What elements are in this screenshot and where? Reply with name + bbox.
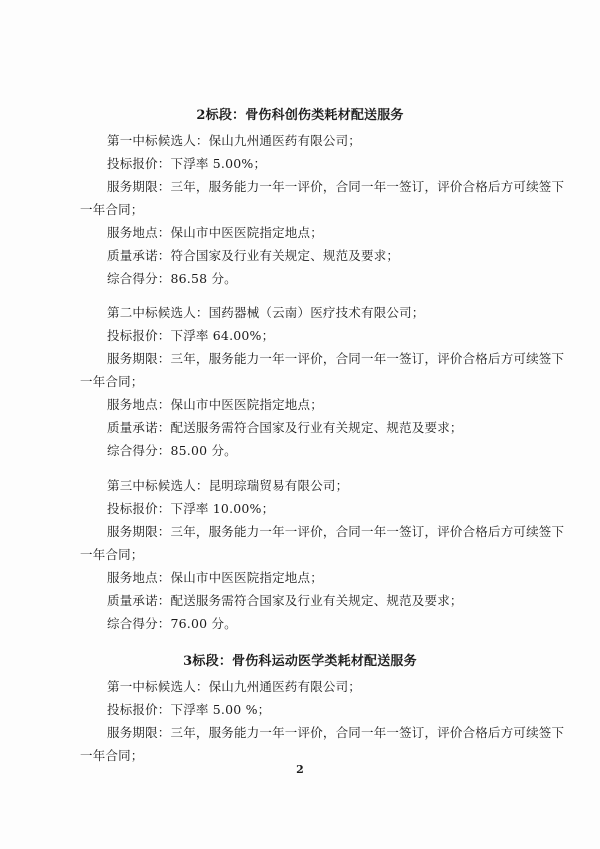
total-score: 综合得分：86.58 分。 [107,271,577,287]
service-location: 服务地点：保山市中医医院指定地点； [107,225,577,241]
service-location: 服务地点：保山市中医医院指定地点； [107,570,577,586]
service-term-cont: 一年合同； [80,547,550,563]
bid-price: 投标报价：下浮率 5.00%； [107,156,577,172]
document-page: 2标段：骨伤科创伤类耗材配送服务 第一中标候选人：保山九州通医药有限公司； 投标… [0,0,600,849]
bid-price: 投标报价：下浮率 64.00%； [107,328,577,344]
quality-commitment: 质量承诺：配送服务需符合国家及行业有关规定、规范及要求； [107,420,577,436]
quality-commitment: 质量承诺：配送服务需符合国家及行业有关规定、规范及要求； [107,593,577,609]
service-term-cont: 一年合同； [80,374,550,390]
service-term-cont: 一年合同； [80,202,550,218]
candidate-name: 第一中标候选人：保山九州通医药有限公司； [107,679,577,695]
quality-commitment: 质量承诺：符合国家及行业有关规定、规范及要求； [107,248,577,264]
bid-price: 投标报价：下浮率 5.00 %； [107,702,577,718]
candidate-name: 第二中标候选人：国药器械（云南）医疗技术有限公司； [107,305,577,321]
total-score: 综合得分：85.00 分。 [107,443,577,459]
service-term: 服务期限：三年，服务能力一年一评价，合同一年一签订，评价合格后方可续签下 [107,351,577,367]
page-number: 2 [0,762,600,778]
service-location: 服务地点：保山市中医医院指定地点； [107,397,577,413]
bid-price: 投标报价：下浮率 10.00%； [107,501,577,517]
service-term: 服务期限：三年，服务能力一年一评价，合同一年一签订，评价合格后方可续签下 [107,725,577,741]
total-score: 综合得分：76.00 分。 [107,616,577,632]
candidate-name: 第一中标候选人：保山九州通医药有限公司； [107,133,577,149]
service-term: 服务期限：三年，服务能力一年一评价，合同一年一签订，评价合格后方可续签下 [107,524,577,540]
service-term: 服务期限：三年，服务能力一年一评价，合同一年一签订，评价合格后方可续签下 [107,179,577,195]
section-title: 2标段：骨伤科创伤类耗材配送服务 [0,108,600,124]
section-title: 3标段：骨伤科运动医学类耗材配送服务 [0,654,600,670]
candidate-name: 第三中标候选人：昆明琮瑞贸易有限公司； [107,478,577,494]
